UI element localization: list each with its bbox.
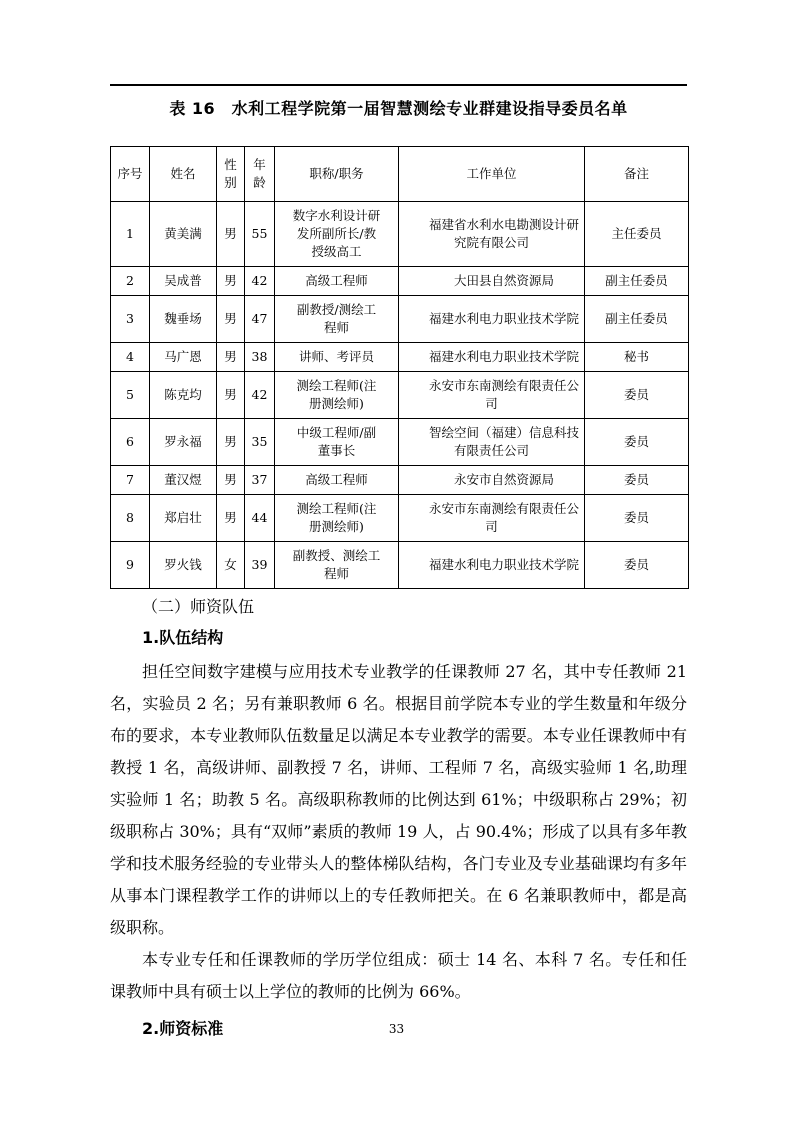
cell-note: 委员 — [585, 542, 689, 589]
cell-title: 高级工程师 — [275, 267, 399, 296]
page-content: 表 16 水利工程学院第一届智慧测绘专业群建设指导委员名单 序号 姓名 性别 年… — [110, 0, 687, 1039]
cell-no: 5 — [111, 372, 150, 419]
cell-title: 数字水利设计研 发所副所长/教 授级高工 — [275, 202, 399, 267]
cell-note: 副主任委员 — [585, 296, 689, 343]
cell-age: 37 — [245, 466, 275, 495]
cell-age: 35 — [245, 419, 275, 466]
cell-note: 主任委员 — [585, 202, 689, 267]
cell-note: 委员 — [585, 495, 689, 542]
cell-unit: 福建省水利水电勘测设计研 究院有限公司 — [399, 202, 585, 267]
header-title: 职称/职务 — [275, 147, 399, 202]
cell-age: 42 — [245, 372, 275, 419]
cell-gender: 男 — [217, 466, 245, 495]
cell-name: 黄美满 — [150, 202, 217, 267]
cell-name: 魏垂场 — [150, 296, 217, 343]
table-row: 9 罗火钱 女 39 副教授、测绘工 程师 福建水利电力职业技术学院 委员 — [111, 542, 689, 589]
cell-title: 副教授、测绘工 程师 — [275, 542, 399, 589]
cell-age: 42 — [245, 267, 275, 296]
cell-name: 董汉煜 — [150, 466, 217, 495]
cell-age: 47 — [245, 296, 275, 343]
table-row: 1 黄美满 男 55 数字水利设计研 发所副所长/教 授级高工 福建省水利水电勘… — [111, 202, 689, 267]
header-gender: 性别 — [217, 147, 245, 202]
cell-age: 55 — [245, 202, 275, 267]
sub-heading-team-structure: 1.队伍结构 — [110, 628, 687, 648]
cell-no: 9 — [111, 542, 150, 589]
table-row: 5 陈克均 男 42 测绘工程师(注 册测绘师) 永安市东南测绘有限责任公 司 … — [111, 372, 689, 419]
cell-title: 讲师、考评员 — [275, 343, 399, 372]
header-name: 姓名 — [150, 147, 217, 202]
cell-note: 秘书 — [585, 343, 689, 372]
table-row: 4 马广恩 男 38 讲师、考评员 福建水利电力职业技术学院 秘书 — [111, 343, 689, 372]
cell-title: 中级工程师/副 董事长 — [275, 419, 399, 466]
cell-gender: 男 — [217, 343, 245, 372]
cell-note: 委员 — [585, 372, 689, 419]
cell-title: 副教授/测绘工 程师 — [275, 296, 399, 343]
table-row: 2 吴成普 男 42 高级工程师 大田县自然资源局 副主任委员 — [111, 267, 689, 296]
cell-name: 马广恩 — [150, 343, 217, 372]
cell-gender: 男 — [217, 267, 245, 296]
table-row: 7 董汉煜 男 37 高级工程师 永安市自然资源局 委员 — [111, 466, 689, 495]
cell-gender: 男 — [217, 419, 245, 466]
cell-note: 委员 — [585, 419, 689, 466]
cell-unit: 永安市东南测绘有限责任公 司 — [399, 372, 585, 419]
cell-title: 高级工程师 — [275, 466, 399, 495]
cell-unit: 永安市自然资源局 — [399, 466, 585, 495]
cell-unit: 福建水利电力职业技术学院 — [399, 343, 585, 372]
cell-title: 测绘工程师(注 册测绘师) — [275, 495, 399, 542]
cell-no: 8 — [111, 495, 150, 542]
cell-unit: 福建水利电力职业技术学院 — [399, 542, 585, 589]
cell-gender: 男 — [217, 202, 245, 267]
cell-name: 罗永福 — [150, 419, 217, 466]
cell-gender: 男 — [217, 372, 245, 419]
paragraph-team-structure: 担任空间数字建模与应用技术专业教学的任课教师 27 名，其中专任教师 21 名，… — [110, 656, 687, 944]
cell-name: 罗火钱 — [150, 542, 217, 589]
cell-note: 副主任委员 — [585, 267, 689, 296]
cell-no: 7 — [111, 466, 150, 495]
paragraph-degree-composition: 本专业专任和任课教师的学历学位组成：硕士 14 名、本科 7 名。专任和任课教师… — [110, 944, 687, 1008]
cell-no: 1 — [111, 202, 150, 267]
cell-note: 委员 — [585, 466, 689, 495]
header-note: 备注 — [585, 147, 689, 202]
table-row: 8 郑启壮 男 44 测绘工程师(注 册测绘师) 永安市东南测绘有限责任公 司 … — [111, 495, 689, 542]
cell-unit: 大田县自然资源局 — [399, 267, 585, 296]
document-page: 表 16 水利工程学院第一届智慧测绘专业群建设指导委员名单 序号 姓名 性别 年… — [0, 0, 793, 1122]
page-number: 33 — [0, 1022, 793, 1036]
cell-title: 测绘工程师(注 册测绘师) — [275, 372, 399, 419]
table-caption: 表 16 水利工程学院第一届智慧测绘专业群建设指导委员名单 — [110, 96, 687, 119]
cell-name: 吴成普 — [150, 267, 217, 296]
cell-unit: 福建水利电力职业技术学院 — [399, 296, 585, 343]
cell-gender: 女 — [217, 542, 245, 589]
cell-no: 3 — [111, 296, 150, 343]
cell-age: 44 — [245, 495, 275, 542]
cell-name: 陈克均 — [150, 372, 217, 419]
cell-gender: 男 — [217, 296, 245, 343]
section-heading-faculty: （二）师资队伍 — [110, 597, 687, 617]
cell-gender: 男 — [217, 495, 245, 542]
table-row: 6 罗永福 男 35 中级工程师/副 董事长 智绘空间（福建）信息科技 有限责任… — [111, 419, 689, 466]
header-no: 序号 — [111, 147, 150, 202]
table-header-row: 序号 姓名 性别 年龄 职称/职务 工作单位 备注 — [111, 147, 689, 202]
cell-no: 2 — [111, 267, 150, 296]
header-unit: 工作单位 — [399, 147, 585, 202]
committee-table: 序号 姓名 性别 年龄 职称/职务 工作单位 备注 1 黄美满 男 55 数字水… — [110, 146, 689, 589]
cell-name: 郑启壮 — [150, 495, 217, 542]
header-rule — [110, 84, 687, 86]
cell-no: 4 — [111, 343, 150, 372]
cell-age: 38 — [245, 343, 275, 372]
cell-unit: 智绘空间（福建）信息科技 有限责任公司 — [399, 419, 585, 466]
cell-unit: 永安市东南测绘有限责任公 司 — [399, 495, 585, 542]
cell-no: 6 — [111, 419, 150, 466]
cell-age: 39 — [245, 542, 275, 589]
table-row: 3 魏垂场 男 47 副教授/测绘工 程师 福建水利电力职业技术学院 副主任委员 — [111, 296, 689, 343]
header-age: 年龄 — [245, 147, 275, 202]
